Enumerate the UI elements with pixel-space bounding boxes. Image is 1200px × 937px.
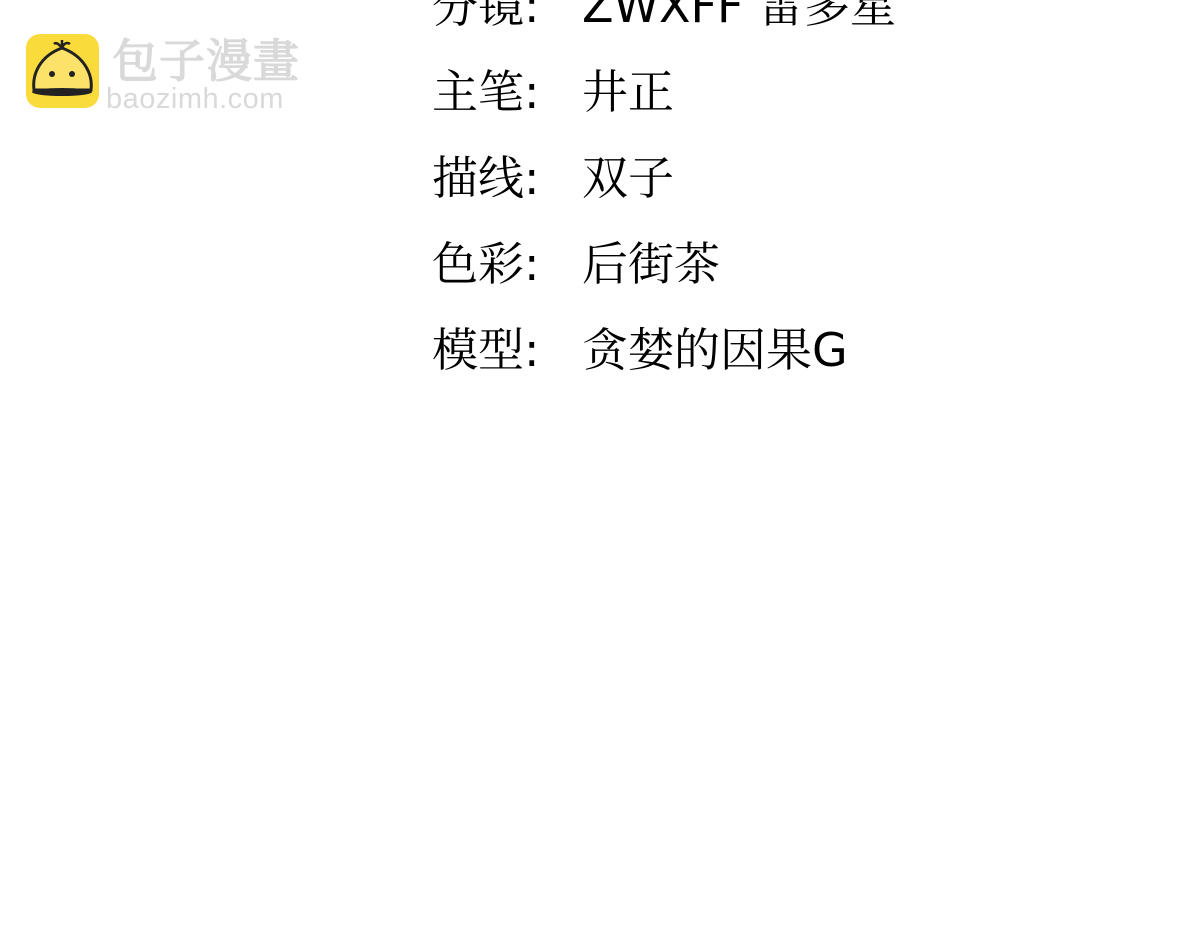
credit-row-color: 色彩: 后街茶 — [432, 218, 896, 304]
credit-label: 模型: — [432, 314, 582, 380]
credit-row-lineart: 描线: 双子 — [432, 132, 896, 218]
credit-value: 双子 — [582, 142, 674, 208]
credit-label: 描线: — [432, 142, 582, 208]
credit-row-storyboard: 分镜: ZWXFF 雷多星 — [432, 0, 896, 46]
credit-row-lead-artist: 主笔: 井正 — [432, 46, 896, 132]
credit-label: 主笔: — [432, 56, 582, 122]
credit-label: 分镜: — [432, 0, 582, 36]
credit-value: 后街茶 — [582, 228, 720, 294]
watermark-logo: 包子漫畫 baozimh.com — [26, 34, 326, 114]
watermark-domain: baozimh.com — [106, 82, 284, 116]
credit-value: ZWXFF 雷多星 — [582, 0, 896, 36]
credit-value: 贪婪的因果G — [582, 314, 848, 380]
watermark-title: 包子漫畫 — [112, 34, 300, 88]
credit-label: 色彩: — [432, 228, 582, 294]
credits-list: 分镜: ZWXFF 雷多星 主笔: 井正 描线: 双子 色彩: 后街茶 模型: … — [432, 0, 896, 390]
steamed-bun-icon — [26, 34, 99, 108]
credit-value: 井正 — [582, 56, 674, 122]
credit-row-model: 模型: 贪婪的因果G — [432, 304, 896, 390]
